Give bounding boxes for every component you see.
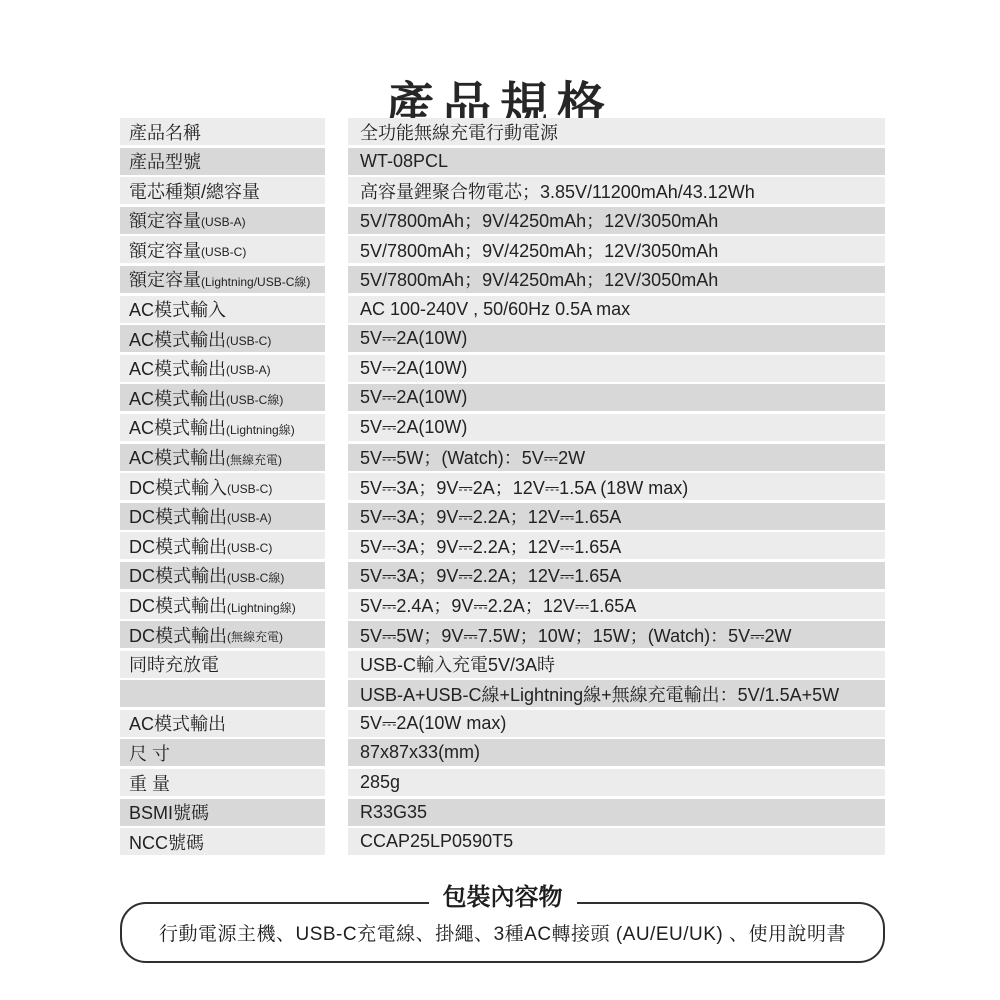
table-row: AC模式輸出(無線充電) 5V⎓5W；(Watch)：5V⎓2W [120,444,885,471]
spec-value: 5V⎓2A(10W) [360,328,467,349]
spec-label-cell: DC模式輸出(USB-A) [120,503,325,530]
spec-value-cell: 5V⎓2A(10W) [348,355,885,382]
spec-label-note: (USB-C線) [227,565,284,586]
spec-value: 285g [360,772,400,793]
spec-label-cell [120,680,325,707]
spec-label-cell: DC模式輸出(USB-C) [120,532,325,559]
spec-label: 尺 寸 [129,740,170,766]
spec-label-cell: DC模式輸出(USB-C線) [120,562,325,589]
spec-label-cell: AC模式輸出(USB-C線) [120,384,325,411]
spec-value-cell: 5V/7800mAh；9V/4250mAh；12V/3050mAh [348,207,885,234]
table-row: DC模式輸出(Lightning線) 5V⎓2.4A；9V⎓2.2A；12V⎓1… [120,592,885,619]
spec-label: AC模式輸出 [129,414,226,440]
spec-value-cell: 87x87x33(mm) [348,739,885,766]
spec-value-cell: 5V⎓3A；9V⎓2A；12V⎓1.5A (18W max) [348,473,885,500]
spec-value-cell: 5V/7800mAh；9V/4250mAh；12V/3050mAh [348,236,885,263]
spec-label-note: (USB-C) [227,537,272,555]
table-row: AC模式輸出(USB-C) 5V⎓2A(10W) [120,325,885,352]
spec-value: 5V⎓2A(10W) [360,417,467,438]
spec-value: 高容量鋰聚合物電芯；3.85V/11200mAh/43.12Wh [360,178,755,204]
spec-label-cell: DC模式輸入(USB-C) [120,473,325,500]
spec-value: 5V⎓3A；9V⎓2.2A；12V⎓1.65A [360,533,621,559]
spec-label: DC模式輸出 [129,562,227,588]
spec-label-note: (USB-C) [227,478,272,496]
spec-label: 額定容量 [129,207,201,233]
spec-value: 全功能無線充電行動電源 [360,119,558,145]
spec-value-cell: USB-A+USB-C線+Lightning線+無線充電輸出：5V/1.5A+5… [348,680,885,707]
spec-label-cell: AC模式輸出(無線充電) [120,444,325,471]
spec-label-cell: 同時充放電 [120,651,325,678]
spec-label-note: (USB-C線) [226,387,283,408]
spec-value: 5V⎓2A(10W) [360,387,467,408]
spec-value-cell: 5V⎓3A；9V⎓2.2A；12V⎓1.65A [348,562,885,589]
spec-label-note: (USB-C) [226,330,271,348]
spec-value: USB-C輸入充電5V/3A時 [360,651,555,677]
spec-label: DC模式輸入 [129,474,227,500]
package-contents-title: 包裝內容物 [429,882,577,914]
spec-value: 5V⎓5W；(Watch)：5V⎓2W [360,444,585,470]
spec-value-cell: 285g [348,769,885,796]
spec-value-cell: 5V⎓2A(10W) [348,325,885,352]
spec-value-cell: 5V⎓2A(10W) [348,384,885,411]
spec-value: 5V⎓3A；9V⎓2A；12V⎓1.5A (18W max) [360,474,688,500]
spec-label-cell: 電芯種類/總容量 [120,177,325,204]
spec-value-cell: WT-08PCL [348,148,885,175]
spec-label: AC模式輸入 [129,296,226,322]
spec-label: AC模式輸出 [129,326,226,352]
spec-value-cell: R33G35 [348,799,885,826]
table-row: 額定容量(USB-A) 5V/7800mAh；9V/4250mAh；12V/30… [120,207,885,234]
spec-label-note: (Lightning線) [227,595,296,616]
spec-label-cell: AC模式輸出(USB-C) [120,325,325,352]
spec-label-note: (無線充電) [226,447,282,468]
spec-label: 同時充放電 [129,651,219,677]
table-row: DC模式輸入(USB-C) 5V⎓3A；9V⎓2A；12V⎓1.5A (18W … [120,473,885,500]
spec-label-cell: DC模式輸出(無線充電) [120,621,325,648]
spec-label: 重 量 [129,770,170,796]
spec-table: 產品名稱 全功能無線充電行動電源 產品型號 WT-08PCL 電芯種類/總容量 … [120,118,885,858]
table-row: DC模式輸出(USB-C) 5V⎓3A；9V⎓2.2A；12V⎓1.65A [120,532,885,559]
spec-value: R33G35 [360,802,427,823]
spec-label: NCC號碼 [129,829,204,855]
spec-label: 電芯種類/總容量 [129,178,260,204]
spec-label: 額定容量 [129,237,201,263]
spec-value-cell: 5V⎓3A；9V⎓2.2A；12V⎓1.65A [348,503,885,530]
spec-label: 額定容量 [129,266,201,292]
spec-value: AC 100-240V , 50/60Hz 0.5A max [360,299,630,320]
spec-label-cell: AC模式輸出 [120,710,325,737]
spec-label-cell: DC模式輸出(Lightning線) [120,592,325,619]
spec-value-cell: CCAP25LP0590T5 [348,828,885,855]
spec-value-cell: 5V⎓2.4A；9V⎓2.2A；12V⎓1.65A [348,592,885,619]
table-row: BSMI號碼 R33G35 [120,799,885,826]
spec-label-note: (無線充電) [227,624,283,645]
table-row: AC模式輸出(USB-A) 5V⎓2A(10W) [120,355,885,382]
spec-value: WT-08PCL [360,151,448,172]
spec-label: DC模式輸出 [129,592,227,618]
spec-label: AC模式輸出 [129,444,226,470]
table-row: AC模式輸入 AC 100-240V , 50/60Hz 0.5A max [120,296,885,323]
table-row: USB-A+USB-C線+Lightning線+無線充電輸出：5V/1.5A+5… [120,680,885,707]
spec-value: 5V⎓2A(10W) [360,358,467,379]
table-row: 產品名稱 全功能無線充電行動電源 [120,118,885,145]
spec-label-cell: AC模式輸出(Lightning線) [120,414,325,441]
spec-value-cell: 5V⎓2A(10W max) [348,710,885,737]
spec-value: 5V⎓2A(10W max) [360,713,506,734]
spec-label-note: (USB-A) [226,359,271,377]
spec-label-cell: 額定容量(USB-A) [120,207,325,234]
table-row: DC模式輸出(USB-A) 5V⎓3A；9V⎓2.2A；12V⎓1.65A [120,503,885,530]
spec-label: AC模式輸出 [129,355,226,381]
spec-label: AC模式輸出 [129,710,226,736]
spec-value-cell: USB-C輸入充電5V/3A時 [348,651,885,678]
spec-label: DC模式輸出 [129,533,227,559]
spec-label-cell: 產品型號 [120,148,325,175]
spec-label-cell: 額定容量(USB-C) [120,236,325,263]
spec-label: AC模式輸出 [129,385,226,411]
spec-value: USB-A+USB-C線+Lightning線+無線充電輸出：5V/1.5A+5… [360,681,839,707]
spec-label-cell: 產品名稱 [120,118,325,145]
spec-value-cell: 5V/7800mAh；9V/4250mAh；12V/3050mAh [348,266,885,293]
spec-label: 產品名稱 [129,119,201,145]
spec-label-cell: AC模式輸入 [120,296,325,323]
spec-label-cell: NCC號碼 [120,828,325,855]
table-row: 電芯種類/總容量 高容量鋰聚合物電芯；3.85V/11200mAh/43.12W… [120,177,885,204]
spec-value: 5V⎓5W；9V⎓7.5W；10W；15W；(Watch)：5V⎓2W [360,622,792,648]
spec-value: 5V/7800mAh；9V/4250mAh；12V/3050mAh [360,207,718,233]
table-row: 同時充放電 USB-C輸入充電5V/3A時 [120,651,885,678]
table-row: DC模式輸出(無線充電) 5V⎓5W；9V⎓7.5W；10W；15W；(Watc… [120,621,885,648]
spec-label-cell: 尺 寸 [120,739,325,766]
spec-value: 5V⎓2.4A；9V⎓2.2A；12V⎓1.65A [360,592,636,618]
spec-label-cell: 重 量 [120,769,325,796]
table-row: DC模式輸出(USB-C線) 5V⎓3A；9V⎓2.2A；12V⎓1.65A [120,562,885,589]
spec-label-cell: AC模式輸出(USB-A) [120,355,325,382]
spec-label-cell: BSMI號碼 [120,799,325,826]
table-row: 尺 寸 87x87x33(mm) [120,739,885,766]
spec-label: DC模式輸出 [129,622,227,648]
spec-value-cell: AC 100-240V , 50/60Hz 0.5A max [348,296,885,323]
spec-label-cell: 額定容量(Lightning/USB-C線) [120,266,325,293]
spec-value-cell: 5V⎓3A；9V⎓2.2A；12V⎓1.65A [348,532,885,559]
spec-value: 5V/7800mAh；9V/4250mAh；12V/3050mAh [360,237,718,263]
table-row: NCC號碼 CCAP25LP0590T5 [120,828,885,855]
spec-value: CCAP25LP0590T5 [360,831,513,852]
spec-value: 87x87x33(mm) [360,742,480,763]
table-row: AC模式輸出 5V⎓2A(10W max) [120,710,885,737]
spec-label-note: (USB-A) [227,507,272,525]
spec-label-note: (USB-A) [201,211,246,229]
spec-label: BSMI號碼 [129,799,209,825]
spec-label: DC模式輸出 [129,503,227,529]
spec-label-note: (Lightning/USB-C線) [201,269,310,290]
spec-label-note: (USB-C) [201,241,246,259]
spec-value-cell: 高容量鋰聚合物電芯；3.85V/11200mAh/43.12Wh [348,177,885,204]
table-row: 重 量 285g [120,769,885,796]
table-row: 產品型號 WT-08PCL [120,148,885,175]
spec-value-cell: 5V⎓5W；9V⎓7.5W；10W；15W；(Watch)：5V⎓2W [348,621,885,648]
spec-value: 5V⎓3A；9V⎓2.2A；12V⎓1.65A [360,562,621,588]
table-row: AC模式輸出(USB-C線) 5V⎓2A(10W) [120,384,885,411]
spec-label: 產品型號 [129,148,201,174]
spec-value: 5V/7800mAh；9V/4250mAh；12V/3050mAh [360,266,718,292]
spec-value: 5V⎓3A；9V⎓2.2A；12V⎓1.65A [360,503,621,529]
spec-value-cell: 5V⎓2A(10W) [348,414,885,441]
package-contents-box: 包裝內容物 行動電源主機、USB-C充電線、掛繩、3種AC轉接頭 (AU/EU/… [120,902,885,963]
table-row: 額定容量(USB-C) 5V/7800mAh；9V/4250mAh；12V/30… [120,236,885,263]
table-row: 額定容量(Lightning/USB-C線) 5V/7800mAh；9V/425… [120,266,885,293]
spec-value-cell: 全功能無線充電行動電源 [348,118,885,145]
spec-value-cell: 5V⎓5W；(Watch)：5V⎓2W [348,444,885,471]
table-row: AC模式輸出(Lightning線) 5V⎓2A(10W) [120,414,885,441]
spec-label-note: (Lightning線) [226,417,295,438]
